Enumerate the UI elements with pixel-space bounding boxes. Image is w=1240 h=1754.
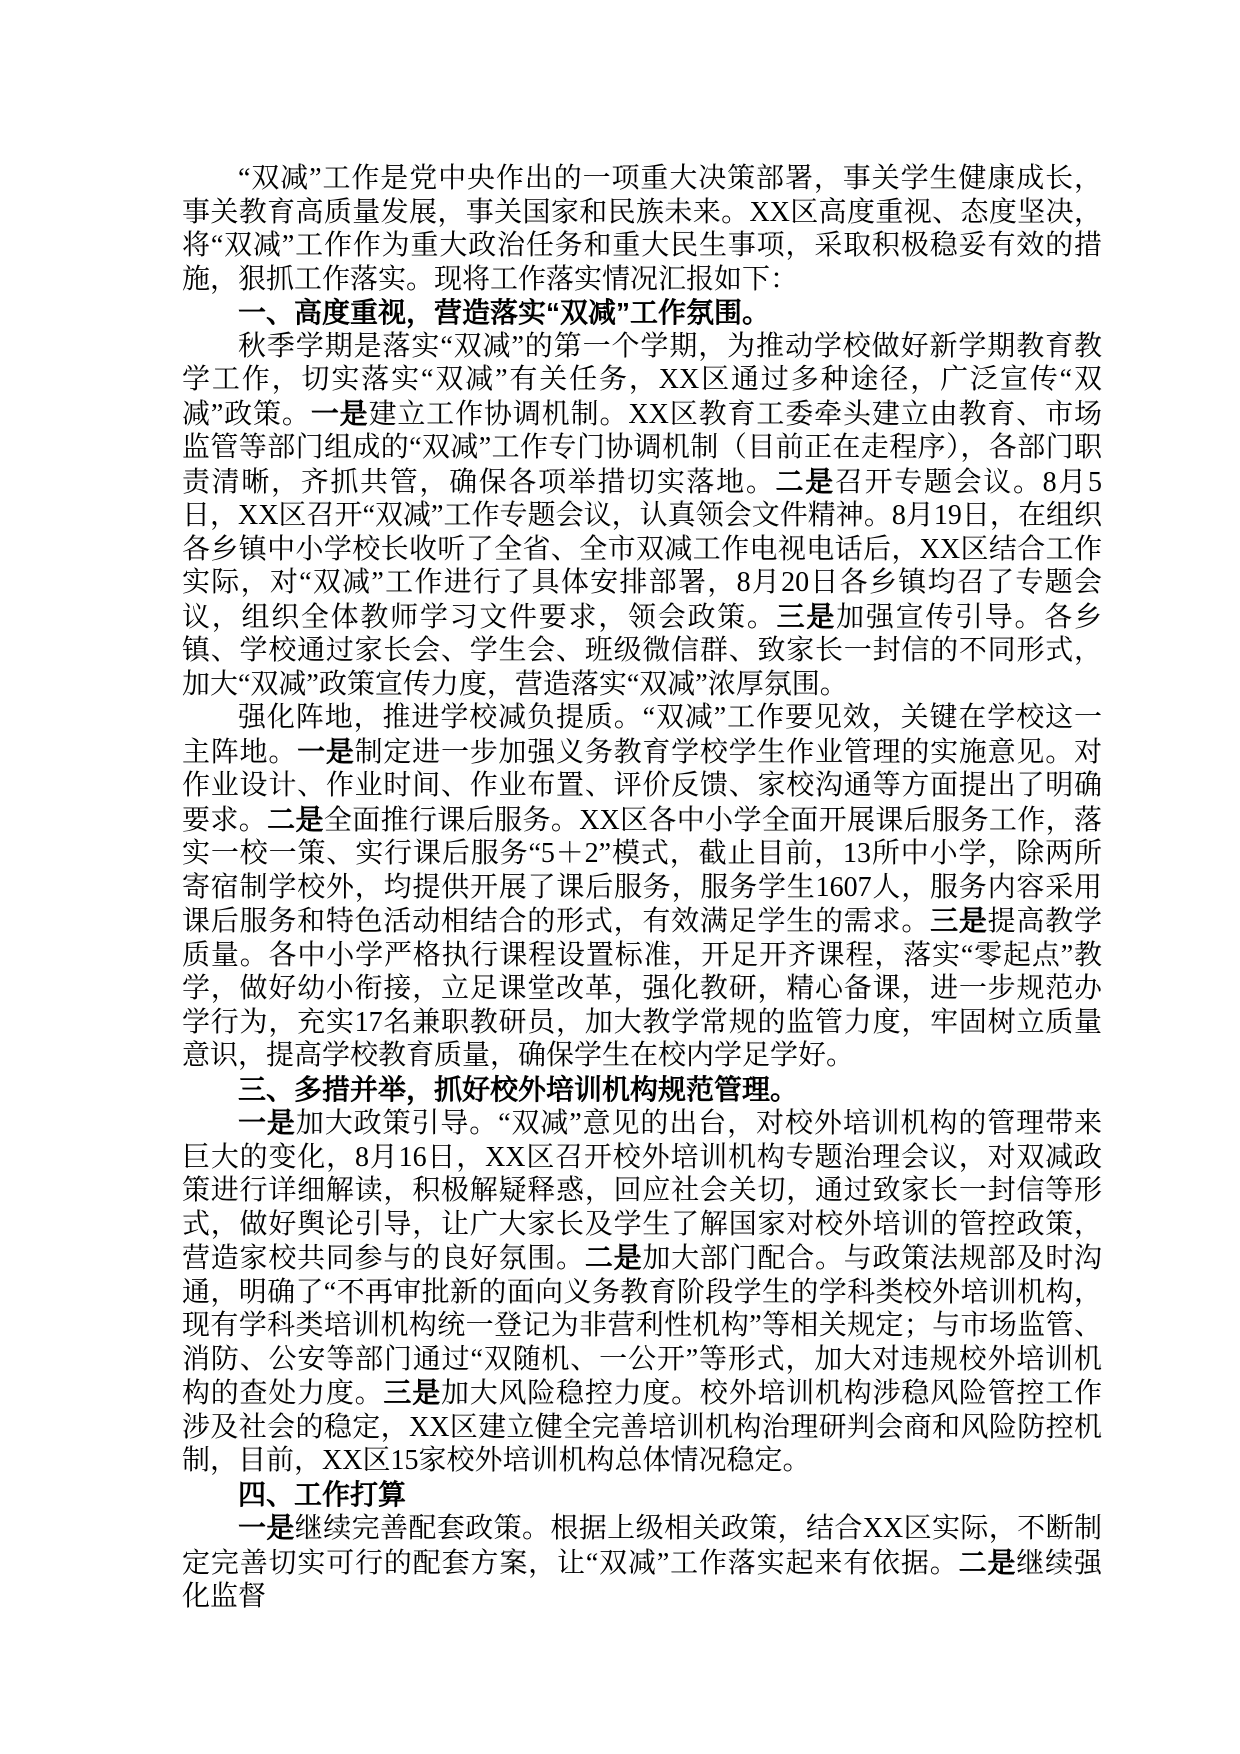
emphasis-run: 二是 [776, 466, 835, 497]
section-heading: 四、工作打算 [182, 1478, 1102, 1512]
body-paragraph: 秋季学期是落实“双减”的第一个学期，为推动学校做好新学期教育教学工作，切实落实“… [182, 330, 1102, 702]
emphasis-run: 一、高度重视，营造落实“双减”工作氛围。 [238, 297, 770, 328]
document-body: “双减”工作是党中央作出的一项重大决策部署，事关学生健康成长，事关教育高质量发展… [182, 162, 1102, 1614]
emphasis-run: 三是 [777, 601, 836, 632]
emphasis-run: 二是 [959, 1547, 1017, 1578]
emphasis-run: 三是 [383, 1377, 441, 1408]
body-paragraph: 一是加大政策引导。“双减”意见的出台，对校外培训机构的管理带来巨大的变化，8月1… [182, 1106, 1102, 1478]
body-paragraph: 强化阵地，推进学校减负提质。“双减”工作要见效，关键在学校这一主阵地。一是制定进… [182, 701, 1102, 1073]
emphasis-run: 二是 [585, 1242, 643, 1273]
section-heading: 一、高度重视，营造落实“双减”工作氛围。 [182, 296, 1102, 330]
body-paragraph: 一是继续完善配套政策。根据上级相关政策，结合XX区实际，不断制定完善切实可行的配… [182, 1511, 1102, 1614]
emphasis-run: 三、多措并举，抓好校外培训机构规范管理。 [238, 1074, 798, 1105]
text-run: “双减”工作是党中央作出的一项重大决策部署，事关学生健康成长，事关教育高质量发展… [182, 163, 1102, 295]
section-heading: 三、多措并举，抓好校外培训机构规范管理。 [182, 1073, 1102, 1107]
emphasis-run: 一是 [297, 736, 355, 767]
emphasis-run: 四、工作打算 [238, 1479, 406, 1510]
emphasis-run: 二是 [267, 804, 324, 835]
emphasis-run: 一是 [311, 398, 369, 429]
emphasis-run: 一是 [238, 1512, 295, 1543]
emphasis-run: 三是 [930, 905, 988, 936]
emphasis-run: 一是 [238, 1107, 296, 1138]
body-paragraph: “双减”工作是党中央作出的一项重大决策部署，事关学生健康成长，事关教育高质量发展… [182, 162, 1102, 296]
document-page: “双减”工作是党中央作出的一项重大决策部署，事关学生健康成长，事关教育高质量发展… [0, 0, 1240, 1754]
